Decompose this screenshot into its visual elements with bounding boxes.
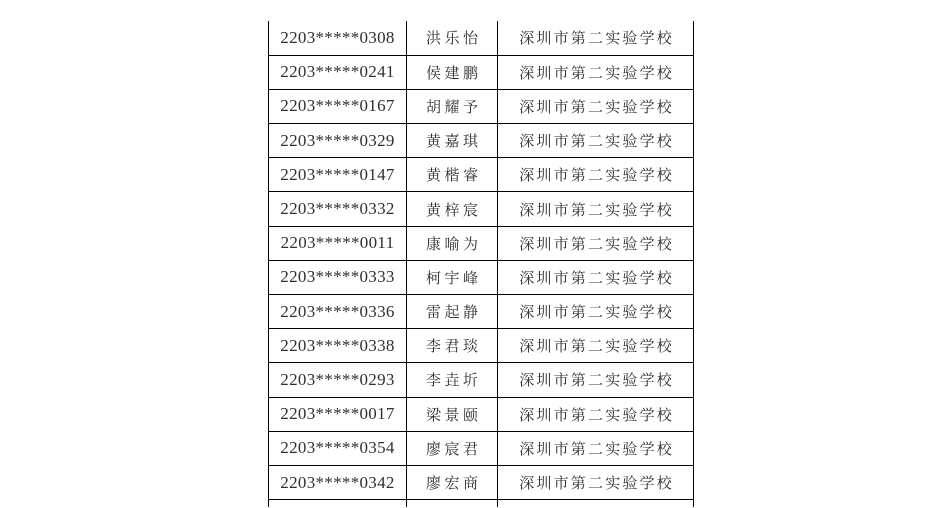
exam-id-cell: 2203*****0329 — [269, 124, 407, 158]
student-name-cell: 柯宇峰 — [407, 260, 498, 294]
exam-id-cell: 2203*****0333 — [269, 260, 407, 294]
student-name-cell: 李垚圻 — [407, 363, 498, 397]
table-row: 2203*****0167 胡耀予 深圳市第二实验学校 — [269, 89, 694, 123]
student-name-cell: 李君琰 — [407, 329, 498, 363]
school-name-cell: 深圳市第二实验学校 — [498, 55, 694, 89]
school-name-cell: 深圳市第二实验学校 — [498, 124, 694, 158]
table-row: 2203*****0342 廖宏商 深圳市第二实验学校 — [269, 465, 694, 499]
student-name-cell: 胡耀予 — [407, 89, 498, 123]
student-name-cell: 黄嘉琪 — [407, 124, 498, 158]
table-row: 2203*****0147 黄楷睿 深圳市第二实验学校 — [269, 158, 694, 192]
school-name-cell: 深圳市第二实验学校 — [498, 295, 694, 329]
document-page: 2203*****0308 洪乐怡 深圳市第二实验学校 2203*****024… — [0, 0, 948, 508]
table-row: 2203*****0241 侯建鹏 深圳市第二实验学校 — [269, 55, 694, 89]
school-name-cell: 深圳市第二实验学校 — [498, 192, 694, 226]
exam-id-cell: 2203*****0338 — [269, 329, 407, 363]
school-name-cell: 深圳市第二实验学校 — [498, 397, 694, 431]
school-name-cell: 深圳市第二实验学校 — [498, 21, 694, 55]
exam-id-cell: 2203*****0354 — [269, 431, 407, 465]
school-name-cell: 深圳市第二实验学校 — [498, 363, 694, 397]
student-name-cell: 康喻为 — [407, 226, 498, 260]
school-name-cell: 深圳市第二实验学校 — [498, 431, 694, 465]
student-name-cell: 黄楷睿 — [407, 158, 498, 192]
exam-id-cell: 2203*****0147 — [269, 158, 407, 192]
student-name-cell: 洪乐怡 — [407, 21, 498, 55]
exam-id-cell: 2203*****0332 — [269, 192, 407, 226]
student-roster-table: 2203*****0308 洪乐怡 深圳市第二实验学校 2203*****024… — [268, 21, 695, 508]
exam-id-cell: 2203*****0011 — [269, 226, 407, 260]
student-name-cell: 廖宏商 — [407, 465, 498, 499]
student-name-cell: 黄梓宸 — [407, 192, 498, 226]
partial-cell — [498, 500, 694, 507]
school-name-cell: 深圳市第二实验学校 — [498, 89, 694, 123]
exam-id-cell: 2203*****0017 — [269, 397, 407, 431]
table-row: 2203*****0293 李垚圻 深圳市第二实验学校 — [269, 363, 694, 397]
partial-cell — [269, 500, 407, 507]
table-row: 2203*****0329 黄嘉琪 深圳市第二实验学校 — [269, 124, 694, 158]
exam-id-cell: 2203*****0342 — [269, 465, 407, 499]
school-name-cell: 深圳市第二实验学校 — [498, 329, 694, 363]
exam-id-cell: 2203*****0336 — [269, 295, 407, 329]
student-name-cell: 廖宸君 — [407, 431, 498, 465]
table-row: 2203*****0017 梁景颐 深圳市第二实验学校 — [269, 397, 694, 431]
table-row: 2203*****0011 康喻为 深圳市第二实验学校 — [269, 226, 694, 260]
table-row: 2203*****0336 雷起静 深圳市第二实验学校 — [269, 295, 694, 329]
partial-cell — [407, 500, 498, 507]
exam-id-cell: 2203*****0293 — [269, 363, 407, 397]
student-name-cell: 梁景颐 — [407, 397, 498, 431]
table-row: 2203*****0354 廖宸君 深圳市第二实验学校 — [269, 431, 694, 465]
partial-next-row — [269, 500, 694, 507]
student-name-cell: 雷起静 — [407, 295, 498, 329]
school-name-cell: 深圳市第二实验学校 — [498, 260, 694, 294]
school-name-cell: 深圳市第二实验学校 — [498, 158, 694, 192]
exam-id-cell: 2203*****0308 — [269, 21, 407, 55]
school-name-cell: 深圳市第二实验学校 — [498, 465, 694, 499]
student-name-cell: 侯建鹏 — [407, 55, 498, 89]
roster-table: 2203*****0308 洪乐怡 深圳市第二实验学校 2203*****024… — [268, 21, 694, 507]
exam-id-cell: 2203*****0167 — [269, 89, 407, 123]
table-row: 2203*****0333 柯宇峰 深圳市第二实验学校 — [269, 260, 694, 294]
table-row: 2203*****0338 李君琰 深圳市第二实验学校 — [269, 329, 694, 363]
table-row: 2203*****0308 洪乐怡 深圳市第二实验学校 — [269, 21, 694, 55]
exam-id-cell: 2203*****0241 — [269, 55, 407, 89]
table-row: 2203*****0332 黄梓宸 深圳市第二实验学校 — [269, 192, 694, 226]
school-name-cell: 深圳市第二实验学校 — [498, 226, 694, 260]
